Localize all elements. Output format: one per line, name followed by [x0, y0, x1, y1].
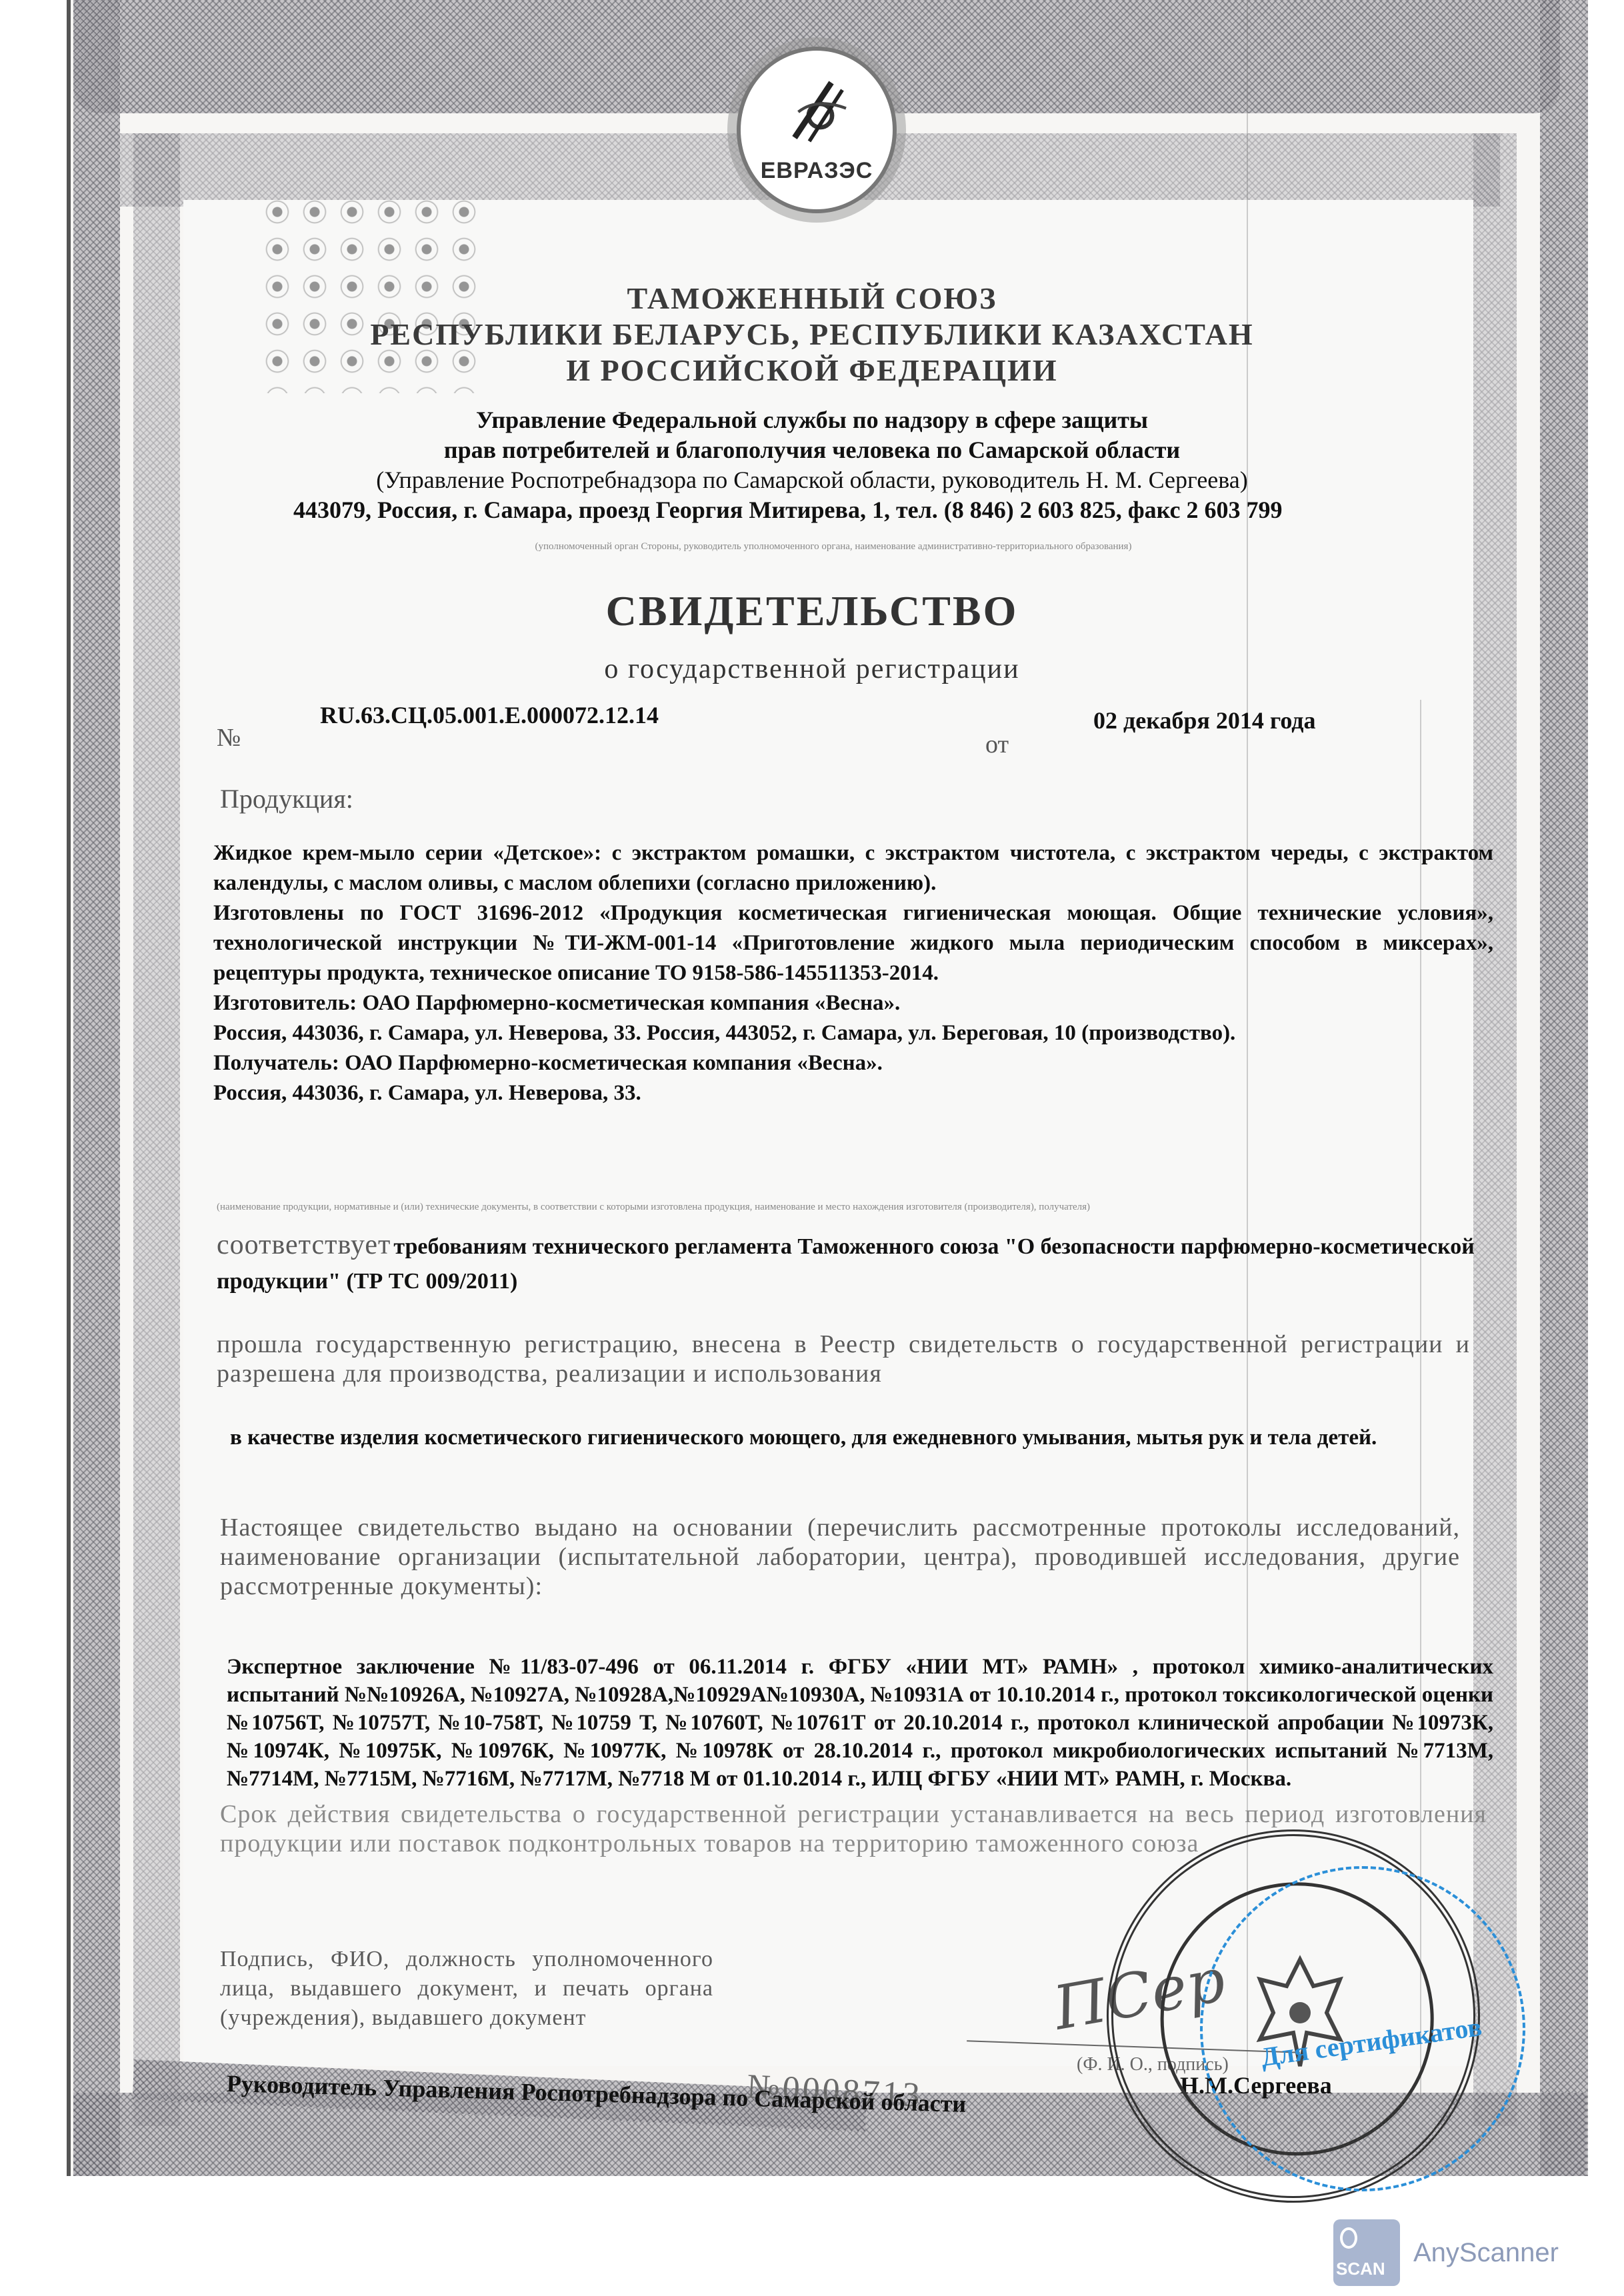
anyscanner-watermark: SCAN AnyScanner [1333, 2219, 1559, 2286]
eurasec-emblem: ЕВРАЗЭС [737, 47, 897, 213]
date-label: от [985, 730, 1009, 759]
emblem-label: ЕВРАЗЭС [761, 158, 873, 184]
watermark-text: AnyScanner [1413, 2238, 1559, 2268]
recipient-address: Россия, 443036, г. Самара, ул. Неверова,… [213, 1078, 1493, 1108]
product-description: Жидкое крем-мыло серии «Детское»: с экст… [213, 838, 1493, 898]
conformity-label: соответствует [217, 1230, 391, 1260]
union-line-1: ТАМОЖЕННЫЙ СОЮЗ [0, 280, 1624, 317]
product-block: Жидкое крем-мыло серии «Детское»: с экст… [213, 838, 1493, 1108]
union-line-3: И РОССИЙСКОЙ ФЕДЕРАЦИИ [0, 352, 1624, 389]
recipient: Получатель: ОАО Парфюмерно-косметическая… [213, 1048, 1493, 1078]
registration-form-text: прошла государственную регистрацию, внес… [217, 1330, 1470, 1388]
manufacturer: Изготовитель: ОАО Парфюмерно-косметическ… [213, 988, 1493, 1018]
authority-address: 443079, Россия, г. Самара, проезд Георги… [293, 493, 1283, 527]
union-line-2: РЕСПУБЛИКИ БЕЛАРУСЬ, РЕСПУБЛИКИ КАЗАХСТА… [0, 316, 1624, 353]
basis-text: Экспертное заключение №11/83-07-496 от 0… [227, 1653, 1493, 1793]
certificate-date: 02 декабря 2014 года [1093, 706, 1316, 734]
number-label: № [217, 723, 241, 752]
scan-app-icon: SCAN [1333, 2219, 1400, 2286]
product-label: Продукция: [220, 783, 353, 814]
eurasec-logo-icon [780, 75, 853, 149]
product-standards: Изготовлены по ГОСТ 31696-2012 «Продукци… [213, 898, 1493, 988]
authority-line-1: Управление Федеральной службы по надзору… [0, 403, 1624, 437]
conformity-block: соответствует требованиям технического р… [217, 1230, 1483, 1299]
certificate-subtitle: о государственной регистрации [0, 653, 1624, 685]
signature-form-text: Подпись, ФИО, должность уполномоченного … [220, 1945, 713, 2033]
authority-line-3: (Управление Роспотребнадзора по Самарско… [0, 463, 1624, 497]
authority-caption: (уполномоченный орган Стороны, руководит… [327, 541, 1340, 553]
conformity-text: требованиям технического регламента Тамо… [217, 1234, 1475, 1294]
certificate-title: СВИДЕТЕЛЬСТВО [0, 586, 1624, 636]
product-caption: (наименование продукции, нормативные и (… [217, 1202, 1463, 1213]
basis-form-text: Настоящее свидетельство выдано на основа… [220, 1513, 1460, 1601]
manufacturer-address: Россия, 443036, г. Самара, ул. Неверова,… [213, 1018, 1493, 1048]
certificate-number: RU.63.СЦ.05.001.Е.000072.12.14 [320, 701, 659, 729]
authority-line-2: прав потребителей и благополучия человек… [0, 433, 1624, 467]
registration-usage: в качестве изделия косметического гигиен… [230, 1423, 1510, 1453]
